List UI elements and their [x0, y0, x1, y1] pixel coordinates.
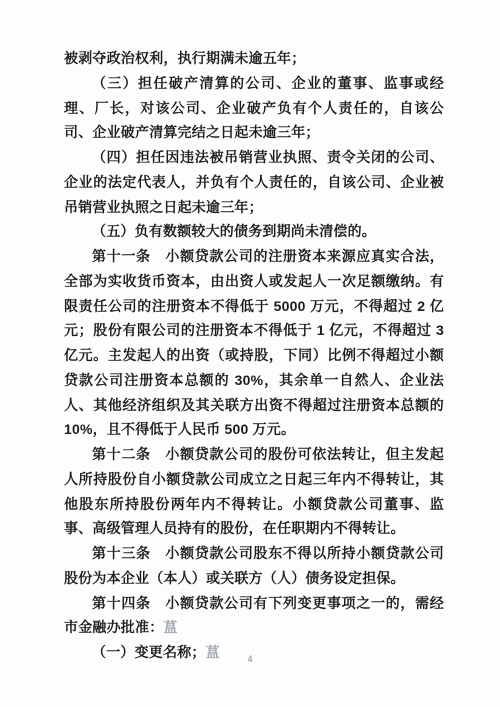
paragraph-text: （四）担任因违法被吊销营业执照、责令关闭的公司、企业的法定代表人，并负有个人责任…: [64, 149, 444, 215]
paragraph-item-4: （四）担任因违法被吊销营业执照、责令关闭的公司、企业的法定代表人，并负有个人责任…: [64, 145, 444, 219]
paragraph-article-11: 第十一条 小额贷款公司的注册资本来源应真实合法，全部为实收货币资本，由出资人或发…: [64, 244, 444, 442]
paragraph-text: （五）负有数额较大的债务到期尚未清偿的。: [92, 223, 376, 239]
paragraph-item-3: （三）担任破产清算的公司、企业的董事、监事或经理、厂长，对该公司、企业破产负有个…: [64, 71, 444, 145]
paragraph-text: 第十一条 小额贷款公司的注册资本来源应真实合法，全部为实收货币资本，由出资人或发…: [64, 248, 444, 437]
paragraph-text: 第十三条 小额贷款公司股东不得以所持小额贷款公司股份为本企业（本人）或关联方（人…: [64, 545, 444, 586]
document-body: 被剥夺政治权利，执行期满未逾五年； （三）担任破产清算的公司、企业的董事、监事或…: [64, 46, 444, 665]
paragraph-item-5: （五）负有数额较大的债务到期尚未清偿的。: [64, 219, 444, 244]
paragraph-text: 第十四条 小额贷款公司有下列变更事项之一的，需经市金融办批准：: [64, 595, 444, 636]
paragraph-text: （三）担任破产清算的公司、企业的董事、监事或经理、厂长，对该公司、企业破产负有个…: [64, 75, 444, 141]
paragraph-text: 被剥夺政治权利，执行期满未逾五年；: [64, 50, 305, 66]
page-number: 4: [0, 653, 500, 665]
paragraph-article-12: 第十二条 小额贷款公司的股份可依法转让，但主发起人所持股份自小额贷款公司成立之日…: [64, 442, 444, 541]
stray-glyph: 蒀: [163, 619, 177, 635]
paragraph-continuation: 被剥夺政治权利，执行期满未逾五年；: [64, 46, 444, 71]
paragraph-article-13: 第十三条 小额贷款公司股东不得以所持小额贷款公司股份为本企业（本人）或关联方（人…: [64, 541, 444, 591]
document-page: 被剥夺政治权利，执行期满未逾五年； （三）担任破产清算的公司、企业的董事、监事或…: [0, 0, 500, 707]
paragraph-article-14: 第十四条 小额贷款公司有下列变更事项之一的，需经市金融办批准：蒀: [64, 591, 444, 641]
paragraph-text: 第十二条 小额贷款公司的股份可依法转让，但主发起人所持股份自小额贷款公司成立之日…: [64, 446, 444, 536]
